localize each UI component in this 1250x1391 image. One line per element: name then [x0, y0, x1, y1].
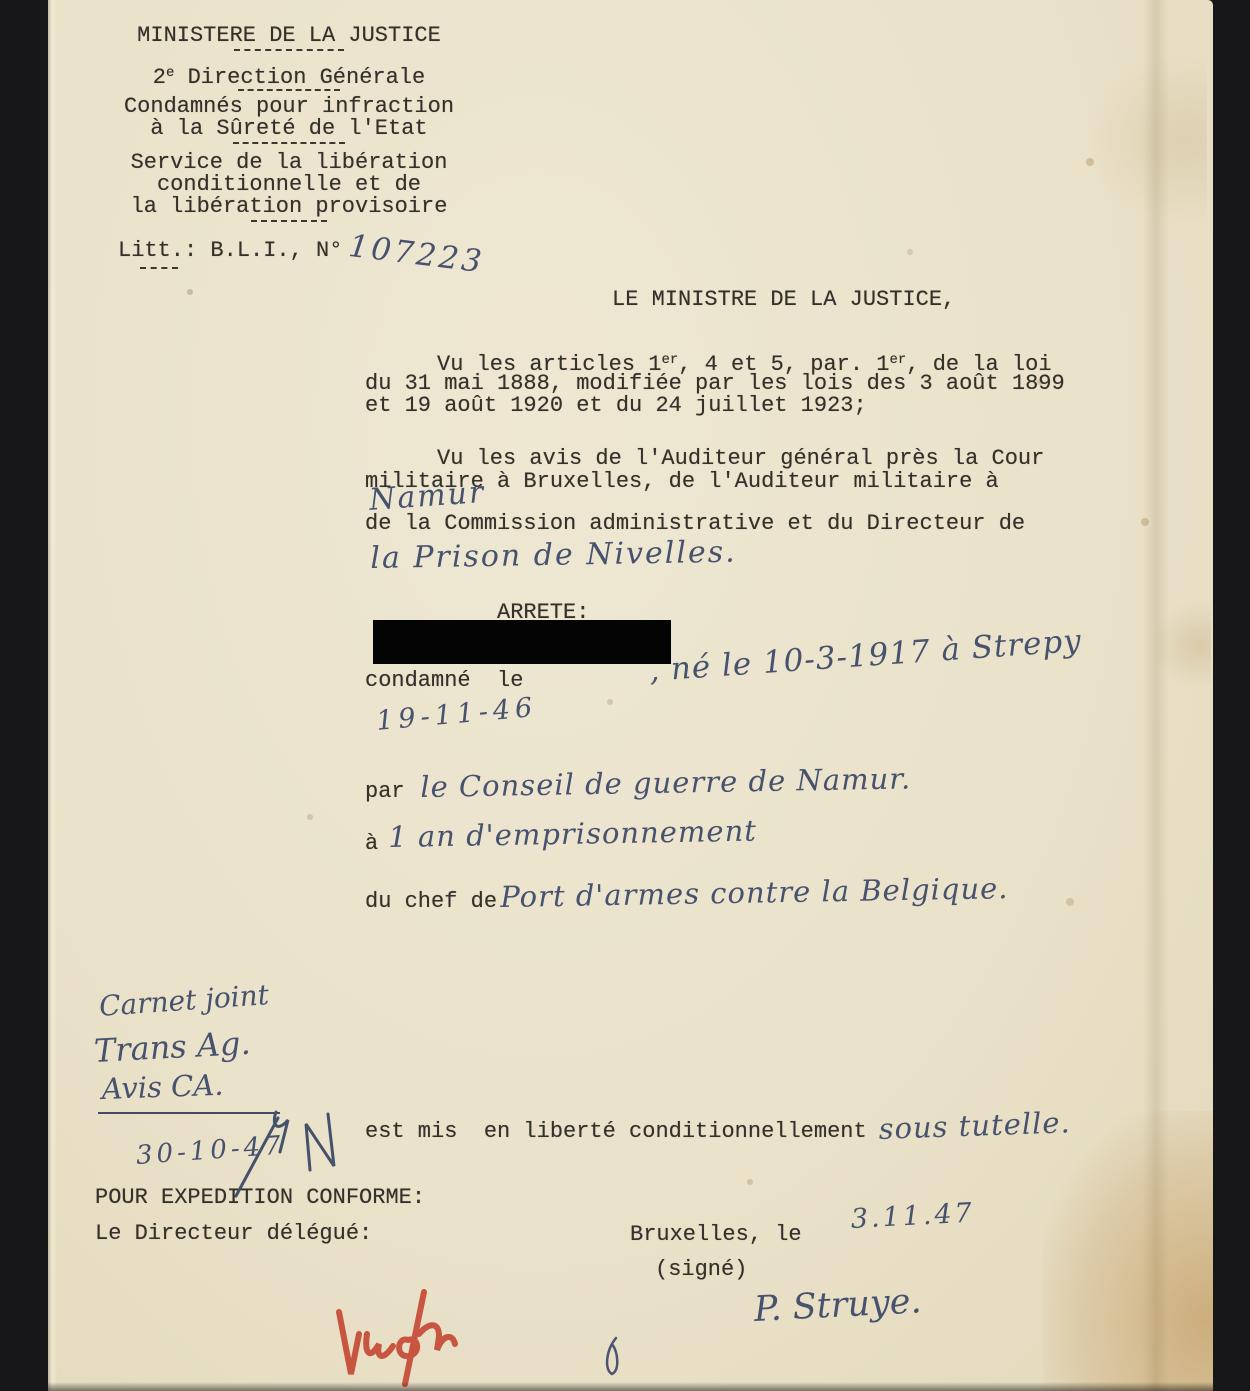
handwritten-footer-date: 3.11.47 — [850, 1198, 976, 1235]
recital2-line1: Vu les avis de l'Auditeur général près l… — [437, 447, 1044, 470]
redaction-box — [373, 620, 671, 664]
handwritten-release-condition: sous tutelle. — [878, 1105, 1071, 1146]
a-label: à — [365, 832, 378, 855]
dashed-underline — [251, 220, 327, 222]
letterhead-unit2-line1: Service de la libération — [93, 151, 485, 174]
letterhead-unit2-line2: conditionnelle et de — [93, 173, 485, 196]
place-line: Bruxelles, le — [630, 1223, 802, 1246]
handwritten-penalty: 1 an d'emprisonnement — [388, 814, 757, 854]
director-line: Le Directeur délégué: — [95, 1222, 372, 1245]
handwritten-charge: Port d'armes contre la Belgique. — [500, 871, 1009, 914]
handwritten-signature: P. Struye. — [753, 1281, 923, 1330]
edge-stain-mid — [1151, 600, 1211, 690]
direction-rest: Direction Générale — [174, 65, 425, 90]
release-line: est mis en liberté conditionnellement — [365, 1120, 867, 1143]
letterhead-unit2-line3: la libération provisoire — [93, 195, 485, 218]
direction-num: 2 — [153, 65, 166, 90]
handwritten-court: le Conseil de guerre de Namur. — [420, 761, 911, 804]
margin-note-trans: Trans Ag. — [93, 1024, 251, 1070]
chief-label: du chef de — [365, 890, 497, 913]
handwritten-birth-info: , né le 10-3-1917 à Strepy — [648, 623, 1083, 689]
letterhead-ministry: MINISTERE DE LA JUSTICE — [93, 24, 485, 47]
superscript-er: er — [661, 352, 678, 368]
recital1-line2: du 31 mai 1888, modifiée par les lois de… — [365, 372, 1065, 395]
certification-line: POUR EXPEDITION CONFORME: — [95, 1186, 425, 1209]
letterhead-direction: 2e Direction Générale — [93, 62, 485, 89]
foxing-specks — [48, 0, 52, 4]
dashed-underline — [238, 89, 340, 91]
paper-crease — [1143, 0, 1169, 1391]
letterhead-unit1-line2: à la Sûreté de l'Etat — [93, 117, 485, 140]
par-label: par — [365, 780, 405, 803]
handwritten-sentence-date: 19-11-46 — [375, 692, 538, 737]
recital1-line3: et 19 août 1920 et du 24 juillet 1923; — [365, 394, 867, 417]
dashed-underline — [140, 267, 178, 269]
red-pencil-signature — [311, 1282, 481, 1390]
condemned-label: condamné le — [365, 669, 523, 692]
salutation: LE MINISTRE DE LA JUSTICE, — [612, 288, 955, 311]
recital2-line3: de la Commission administrative et du Di… — [365, 512, 1025, 535]
superscript-er: er — [889, 352, 906, 368]
margin-note-carnet: Carnet joint — [98, 978, 270, 1023]
document-page: MINISTERE DE LA JUSTICE 2e Direction Gén… — [48, 0, 1213, 1391]
signed-note: (signé) — [655, 1258, 747, 1281]
margin-note-avis: Avis CA. — [101, 1068, 224, 1106]
handwritten-prison: la Prison de Nivelles. — [370, 535, 737, 576]
dashed-underline — [234, 49, 344, 51]
reference-label: Litt.: B.L.I., N° — [118, 239, 342, 262]
dashed-underline — [233, 142, 345, 144]
stray-ink-mark — [598, 1336, 626, 1378]
letterhead-unit1-line1: Condamnés pour infraction — [93, 95, 485, 118]
edge-stain-top — [1087, 50, 1207, 230]
corner-stain — [1043, 1111, 1213, 1391]
